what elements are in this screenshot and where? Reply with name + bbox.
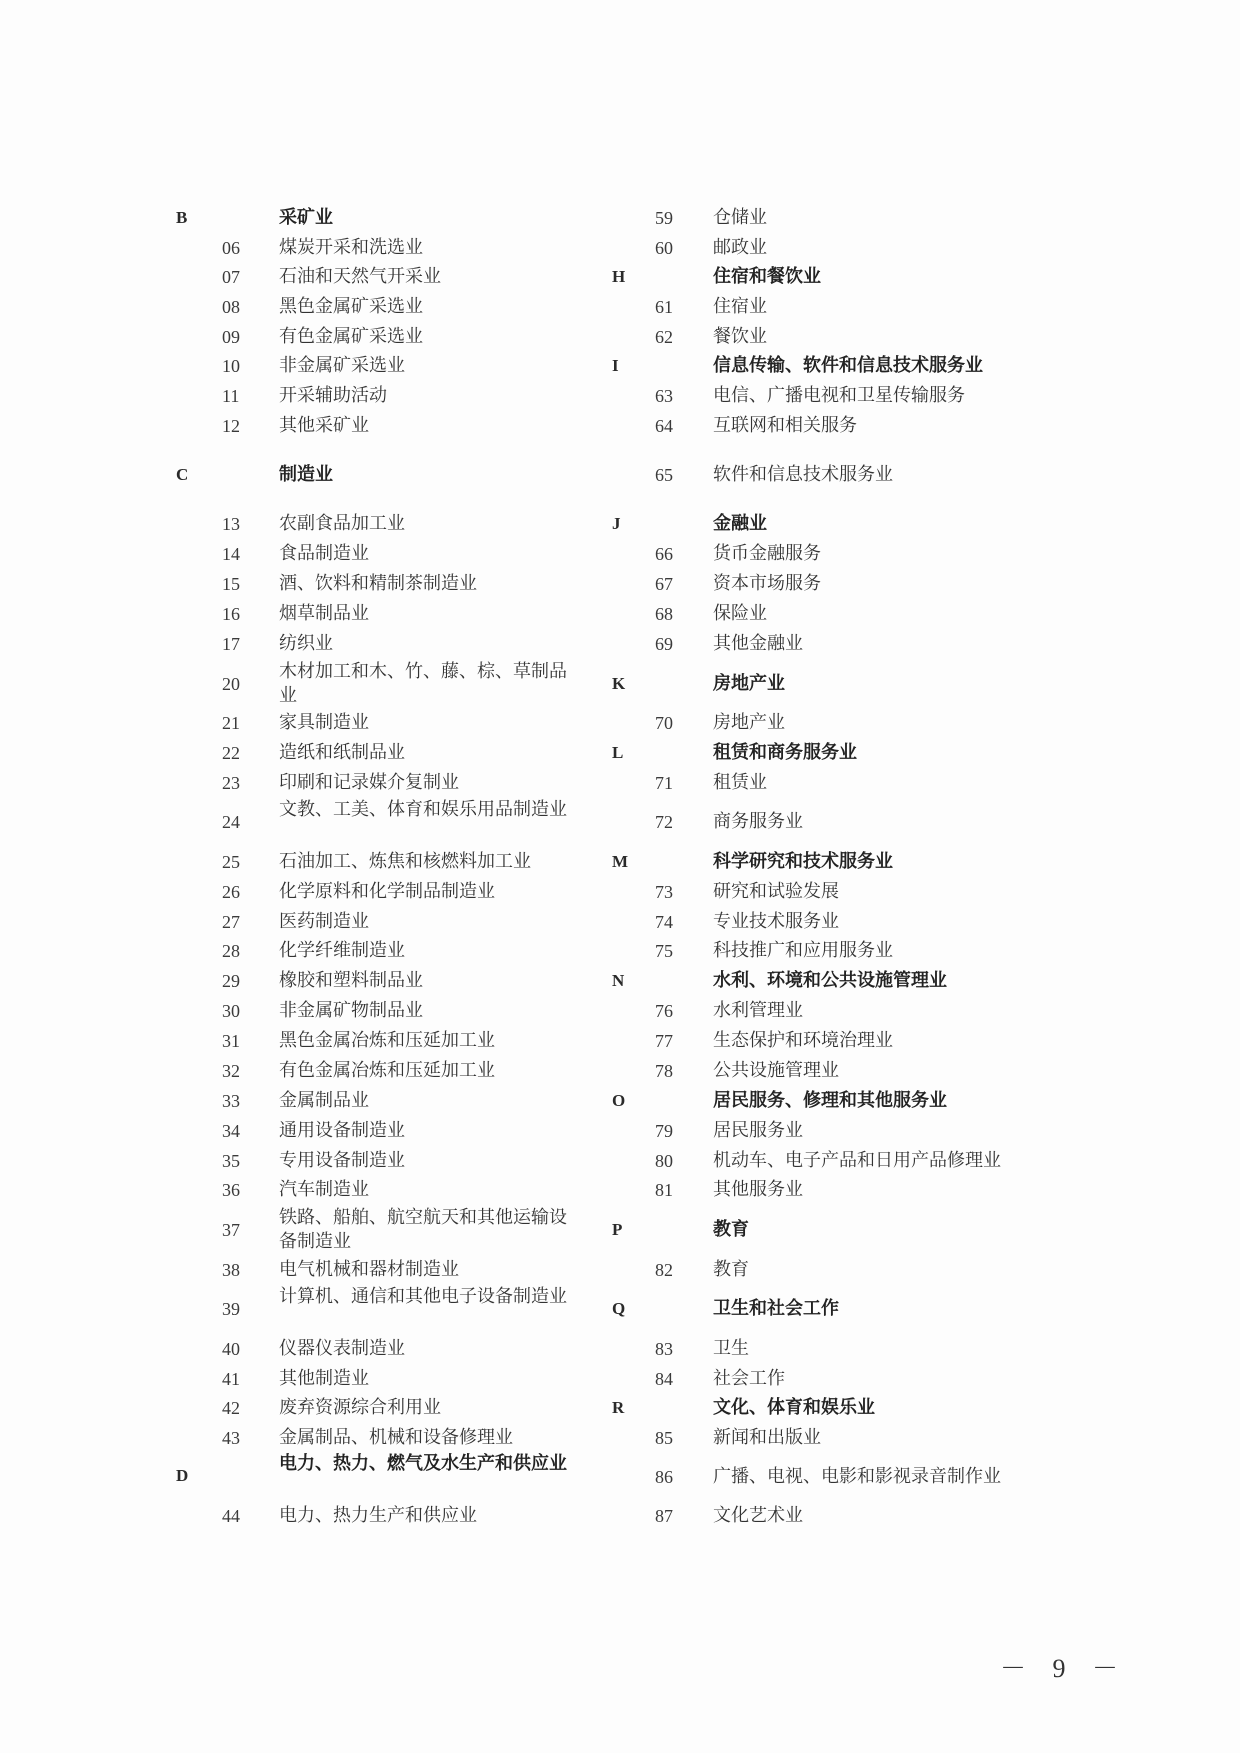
category-heading-row: J金融业: [0, 510, 1240, 538]
category-name: 房地产业: [713, 670, 785, 698]
industry-name: 餐饮业: [713, 323, 767, 351]
category-letter: N: [612, 967, 642, 995]
industry-row: 68保险业: [0, 600, 1240, 628]
industry-name: 研究和试验发展: [713, 878, 839, 906]
industry-name: 货币金融服务: [713, 540, 821, 568]
industry-name: 邮政业: [713, 234, 767, 262]
category-heading-row: M科学研究和技术服务业: [0, 848, 1240, 876]
industry-code: 72: [655, 808, 695, 836]
industry-row: 85新闻和出版业: [0, 1424, 1240, 1452]
industry-name: 卫生: [713, 1335, 749, 1363]
industry-row: 87文化艺术业: [0, 1502, 1240, 1530]
industry-code: 59: [655, 204, 695, 232]
industry-name: 机动车、电子产品和日用产品修理业: [713, 1147, 1001, 1175]
industry-row: 72商务服务业: [0, 808, 1240, 836]
industry-name: 公共设施管理业: [713, 1057, 839, 1085]
industry-row: 69其他金融业: [0, 630, 1240, 658]
industry-code: 82: [655, 1256, 695, 1284]
industry-code: 78: [655, 1057, 695, 1085]
industry-name: 科技推广和应用服务业: [713, 937, 893, 965]
industry-row: 74专业技术服务业: [0, 908, 1240, 936]
industry-code: 75: [655, 937, 695, 965]
industry-code: 79: [655, 1117, 695, 1145]
industry-row: 63电信、广播电视和卫星传输服务: [0, 382, 1240, 410]
industry-row: 86广播、电视、电影和影视录音制作业: [0, 1463, 1240, 1491]
industry-code: 81: [655, 1176, 695, 1204]
industry-name: 仓储业: [713, 204, 767, 232]
industry-code: 66: [655, 540, 695, 568]
industry-row: 65软件和信息技术服务业: [0, 461, 1240, 489]
industry-code: 83: [655, 1335, 695, 1363]
industry-row: 62餐饮业: [0, 323, 1240, 351]
industry-code: 62: [655, 323, 695, 351]
industry-name: 软件和信息技术服务业: [713, 461, 893, 489]
category-name: 文化、体育和娱乐业: [713, 1394, 875, 1422]
page-number: － 9 －: [1000, 1648, 1128, 1685]
industry-row: 80机动车、电子产品和日用产品修理业: [0, 1147, 1240, 1175]
category-letter: P: [612, 1216, 642, 1244]
industry-code: 60: [655, 234, 695, 262]
category-heading-row: L租赁和商务服务业: [0, 739, 1240, 767]
industry-name: 专业技术服务业: [713, 908, 839, 936]
industry-code: 74: [655, 908, 695, 936]
industry-name: 生态保护和环境治理业: [713, 1027, 893, 1055]
industry-name: 保险业: [713, 600, 767, 628]
industry-code: 71: [655, 769, 695, 797]
category-heading-row: R文化、体育和娱乐业: [0, 1394, 1240, 1422]
category-name: 信息传输、软件和信息技术服务业: [713, 352, 983, 380]
category-name: 租赁和商务服务业: [713, 739, 857, 767]
industry-code: 63: [655, 382, 695, 410]
category-letter: O: [612, 1087, 642, 1115]
industry-row: 73研究和试验发展: [0, 878, 1240, 906]
industry-row: 60邮政业: [0, 234, 1240, 262]
category-letter: I: [612, 352, 642, 380]
industry-code: 84: [655, 1365, 695, 1393]
industry-row: 59仓储业: [0, 204, 1240, 232]
industry-name: 广播、电视、电影和影视录音制作业: [713, 1463, 1001, 1491]
category-letter: R: [612, 1394, 642, 1422]
industry-row: 76水利管理业: [0, 997, 1240, 1025]
industry-code: 73: [655, 878, 695, 906]
industry-name: 住宿业: [713, 293, 767, 321]
industry-code: 69: [655, 630, 695, 658]
industry-code: 67: [655, 570, 695, 598]
category-name: 金融业: [713, 510, 767, 538]
industry-code: 80: [655, 1147, 695, 1175]
industry-name: 互联网和相关服务: [713, 412, 857, 440]
document-page: B采矿业06煤炭开采和洗选业07石油和天然气开采业08黑色金属矿采选业09有色金…: [0, 0, 1240, 1753]
industry-row: 81其他服务业: [0, 1176, 1240, 1204]
industry-row: 78公共设施管理业: [0, 1057, 1240, 1085]
category-heading-row: I信息传输、软件和信息技术服务业: [0, 352, 1240, 380]
category-letter: Q: [612, 1295, 642, 1323]
industry-row: 77生态保护和环境治理业: [0, 1027, 1240, 1055]
industry-row: 82教育: [0, 1256, 1240, 1284]
industry-code: 86: [655, 1463, 695, 1491]
category-name: 卫生和社会工作: [713, 1295, 839, 1323]
industry-name: 新闻和出版业: [713, 1424, 821, 1452]
industry-name: 资本市场服务: [713, 570, 821, 598]
category-letter: M: [612, 848, 642, 876]
category-heading-row: K房地产业: [0, 670, 1240, 698]
industry-row: 64互联网和相关服务: [0, 412, 1240, 440]
category-letter: H: [612, 263, 642, 291]
industry-row: 66货币金融服务: [0, 540, 1240, 568]
industry-name: 居民服务业: [713, 1117, 803, 1145]
category-letter: J: [612, 510, 642, 538]
industry-row: 75科技推广和应用服务业: [0, 937, 1240, 965]
industry-code: 85: [655, 1424, 695, 1452]
industry-row: 84社会工作: [0, 1365, 1240, 1393]
industry-name: 其他金融业: [713, 630, 803, 658]
category-name: 教育: [713, 1216, 749, 1244]
industry-name: 商务服务业: [713, 808, 803, 836]
category-name: 科学研究和技术服务业: [713, 848, 893, 876]
industry-name: 房地产业: [713, 709, 785, 737]
industry-name: 社会工作: [713, 1365, 785, 1393]
industry-row: 79居民服务业: [0, 1117, 1240, 1145]
industry-row: 70房地产业: [0, 709, 1240, 737]
industry-name: 电信、广播电视和卫星传输服务: [713, 382, 965, 410]
industry-code: 70: [655, 709, 695, 737]
industry-row: 83卫生: [0, 1335, 1240, 1363]
industry-name: 教育: [713, 1256, 749, 1284]
industry-code: 68: [655, 600, 695, 628]
category-heading-row: N水利、环境和公共设施管理业: [0, 967, 1240, 995]
category-name: 居民服务、修理和其他服务业: [713, 1087, 947, 1115]
category-name: 水利、环境和公共设施管理业: [713, 967, 947, 995]
industry-code: 65: [655, 461, 695, 489]
industry-name: 水利管理业: [713, 997, 803, 1025]
industry-code: 64: [655, 412, 695, 440]
industry-row: 71租赁业: [0, 769, 1240, 797]
category-heading-row: Q卫生和社会工作: [0, 1295, 1240, 1323]
industry-row: 67资本市场服务: [0, 570, 1240, 598]
industry-code: 77: [655, 1027, 695, 1055]
industry-code: 61: [655, 293, 695, 321]
industry-code: 76: [655, 997, 695, 1025]
industry-name: 其他服务业: [713, 1176, 803, 1204]
category-name: 住宿和餐饮业: [713, 263, 821, 291]
category-letter: L: [612, 739, 642, 767]
industry-row: 61住宿业: [0, 293, 1240, 321]
industry-name: 租赁业: [713, 769, 767, 797]
category-heading-row: P教育: [0, 1216, 1240, 1244]
category-letter: K: [612, 670, 642, 698]
industry-name: 文化艺术业: [713, 1502, 803, 1530]
industry-code: 87: [655, 1502, 695, 1530]
category-heading-row: O居民服务、修理和其他服务业: [0, 1087, 1240, 1115]
category-heading-row: H住宿和餐饮业: [0, 263, 1240, 291]
